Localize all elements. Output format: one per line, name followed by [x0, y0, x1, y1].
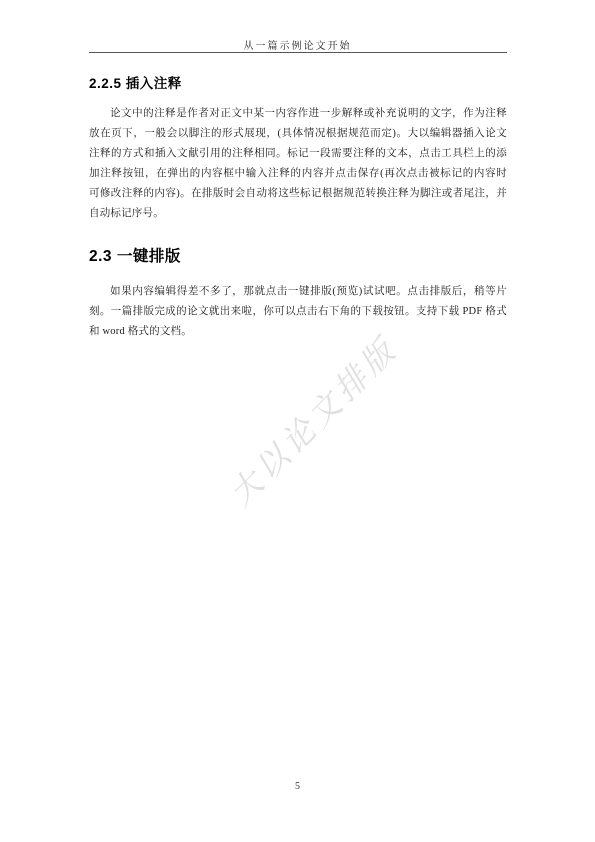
paragraph-line: 放在页下，一般会以脚注的形式展现，(具体情况根据规范而定)。大以编辑器插入论文 — [89, 124, 507, 144]
paragraph-line: 加注释按钮，在弹出的内容框中输入注释的内容并点击保存(再次点击被标记的内容时 — [89, 164, 507, 184]
paragraph-line: 自动标记序号。 — [89, 204, 507, 224]
watermark-text: 大以论文排版 — [217, 325, 407, 515]
paragraph-typeset: 如果内容编辑得差不多了，那就点击一键排版(预览)试试吧。点击排版后，稍等片 刻。… — [89, 282, 507, 342]
paragraph-line: 和 word 格式的文档。 — [89, 322, 507, 342]
section-heading-insert-annotation: 2.2.5 插入注释 — [89, 72, 182, 92]
section-heading-one-click-typeset: 2.3 一键排版 — [89, 244, 181, 266]
paragraph-line: 可修改注释的内容)。在排版时会自动将这些标记根据规范转换注释为脚注或者尾注，并 — [89, 184, 507, 204]
document-page: 从一篇示例论文开始 2.2.5 插入注释 论文中的注释是作者对正文中某一内容作进… — [0, 0, 595, 842]
paragraph-line: 论文中的注释是作者对正文中某一内容作进一步解释或补充说明的文字，作为注释 — [89, 104, 507, 124]
running-header-title: 从一篇示例论文开始 — [0, 37, 595, 52]
paragraph-annotation: 论文中的注释是作者对正文中某一内容作进一步解释或补充说明的文字，作为注释 放在页… — [89, 104, 507, 224]
page-number: 5 — [0, 781, 595, 792]
paragraph-line: 注释的方式和插入文献引用的注释相同。标记一段需要注释的文本，点击工具栏上的添 — [89, 144, 507, 164]
paragraph-line: 刻。一篇排版完成的论文就出来啦，你可以点击右下角的下载按钮。支持下载 PDF 格… — [89, 302, 507, 322]
paragraph-line: 如果内容编辑得差不多了，那就点击一键排版(预览)试试吧。点击排版后，稍等片 — [89, 282, 507, 302]
header-rule — [89, 52, 507, 53]
